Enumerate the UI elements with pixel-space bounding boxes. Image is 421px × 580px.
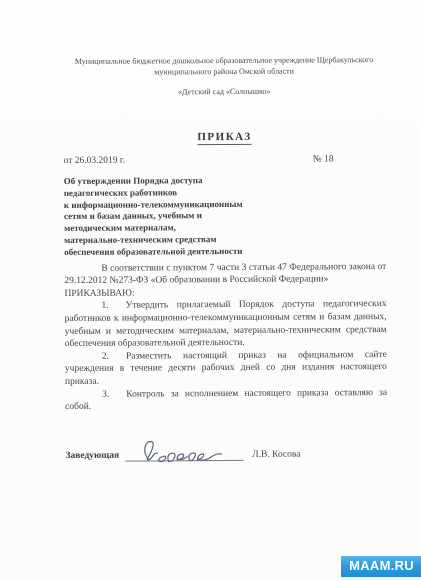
order-item-text: Разместить настоящий приказ на официальн…: [65, 350, 387, 387]
document-title-text: ПРИКАЗ: [197, 131, 251, 145]
order-item-number: 1.: [101, 301, 108, 311]
document-body: В соответствии с пунктом 7 части 3 стать…: [64, 261, 387, 414]
order-item-2: 2.Разместить настоящий приказ на официал…: [65, 349, 387, 389]
organization-header-line2: муниципального района Омской области: [63, 65, 385, 78]
signer-position: Заведующая: [65, 449, 119, 461]
subject-line: обеспечения образовательной деятельности: [64, 245, 386, 259]
order-item-number: 3.: [102, 389, 109, 399]
order-item-number: 2.: [102, 351, 109, 361]
document-number: № 18: [313, 153, 334, 165]
maam-ru-watermark: МААМ.RU: [341, 556, 421, 577]
order-item-text: Утвердить прилагаемый Порядок доступа пе…: [65, 299, 387, 349]
document-subject: Об утверждении Порядка доступа педагогич…: [64, 174, 386, 259]
date-number-row: от 26.03.2019 г. № 18: [64, 153, 386, 167]
signature-line: [125, 436, 243, 462]
handwritten-signature: [139, 438, 231, 465]
signer-name: Л.В. Косова: [252, 448, 300, 460]
document-title: ПРИКАЗ: [63, 130, 385, 145]
document-content: Муниципальное бюджетное дошкольное образ…: [63, 54, 387, 462]
organization-name: «Детский сад «Солнышко»: [63, 85, 385, 98]
order-item-3: 3.Контроль за исполнением настоящего при…: [65, 387, 387, 414]
signature-block: Заведующая Л.В. Косова: [65, 435, 387, 462]
order-item-1: 1.Утвердить прилагаемый Порядок доступа …: [64, 298, 386, 350]
intro-paragraph: В соответствии с пунктом 7 части 3 стать…: [64, 261, 386, 288]
order-item-text: Контроль за исполнением настоящего прика…: [65, 388, 387, 413]
document-date: от 26.03.2019 г.: [64, 155, 126, 167]
organization-header: Муниципальное бюджетное дошкольное образ…: [63, 54, 385, 78]
scanned-document-page: Муниципальное бюджетное дошкольное образ…: [0, 0, 421, 580]
